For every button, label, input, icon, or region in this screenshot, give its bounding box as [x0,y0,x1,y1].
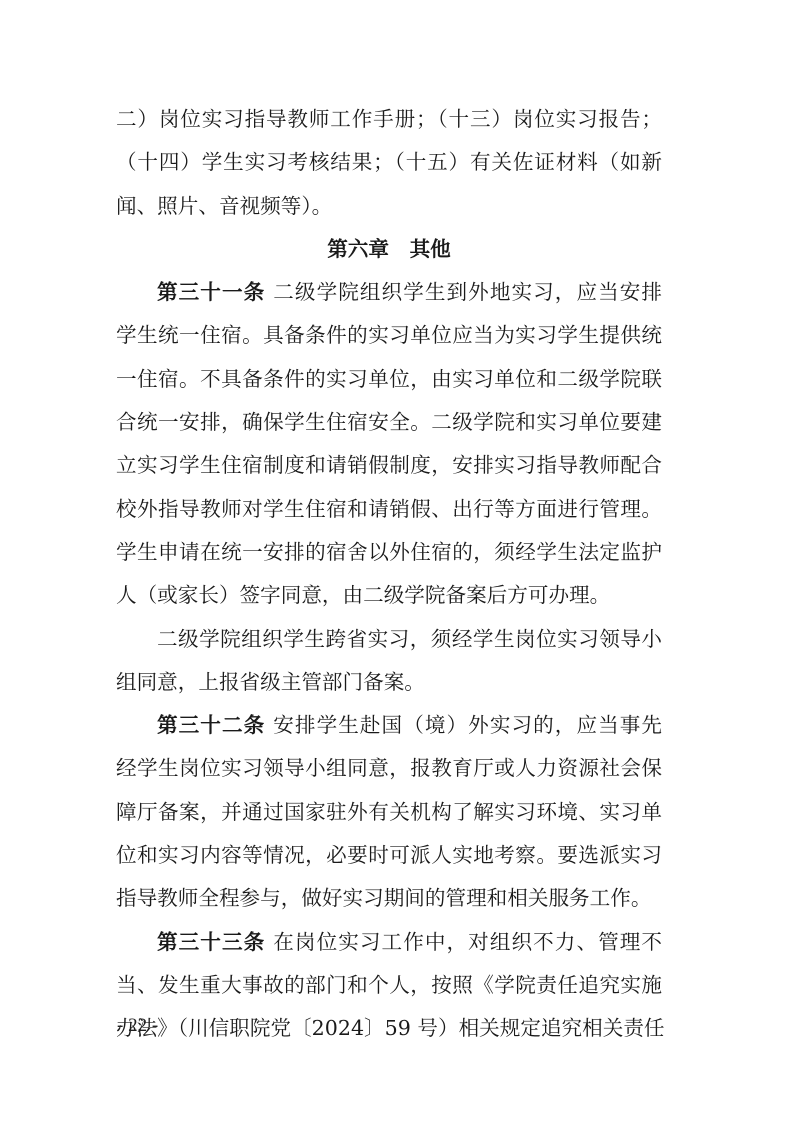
article-label: 第三十一条 [157,280,265,304]
text-line: 学生申请在统一安排的宿舍以外住宿的，须经学生法定监护 [116,531,662,574]
text-line: 组同意，上报省级主管部门备案。 [116,661,662,704]
text-line: 立实习学生住宿制度和请销假制度，安排实习指导教师配合 [116,444,662,487]
article-31-line: 第三十一条二级学院组织学生到外地实习，应当安排 [116,271,662,314]
text-line: 当、发生重大事故的部门和个人，按照《学院责任追究实施 [116,964,662,1007]
text-line: （十四）学生实习考核结果；（十五）有关佐证材料（如新 [116,141,662,184]
article-label: 第三十三条 [157,930,265,954]
article-32-line: 第三十二条安排学生赴国（境）外实习的，应当事先 [116,704,662,747]
text-line: 学生统一住宿。具备条件的实习单位应当为实习学生提供统 [116,314,662,357]
text-line: 二级学院组织学生跨省实习，须经学生岗位实习领导小 [116,618,662,661]
text-line: 一住宿。不具备条件的实习单位，由实习单位和二级学院联 [116,358,662,401]
text-line: 人（或家长）签字同意，由二级学院备案后方可办理。 [116,574,662,617]
text-line: 经学生岗位实习领导小组同意，报教育厅或人力资源社会保 [116,747,662,790]
article-33-line: 第三十三条在岗位实习工作中，对组织不力、管理不 [116,921,662,964]
text-line: 指导教师全程参与，做好实习期间的管理和相关服务工作。 [116,877,662,920]
chapter-title: 第六章 其他 [116,228,662,271]
document-page: 二）岗位实习指导教师工作手册；（十三）岗位实习报告； （十四）学生实习考核结果；… [0,0,793,1122]
page-number: - 22 - [117,1015,158,1037]
document-body: 二）岗位实习指导教师工作手册；（十三）岗位实习报告； （十四）学生实习考核结果；… [116,98,662,1051]
article-label: 第三十二条 [157,713,265,737]
text-line: 校外指导教师对学生住宿和请销假、出行等方面进行管理。 [116,488,662,531]
text-line: 闻、照片、音视频等）。 [116,185,662,228]
text-line: 位和实习内容等情况，必要时可派人实地考察。要选派实习 [116,834,662,877]
text-line: 障厅备案，并通过国家驻外有关机构了解实习环境、实习单 [116,791,662,834]
text-line: 合统一安排，确保学生住宿安全。二级学院和实习单位要建 [116,401,662,444]
text-line: 办法》（川信职院党〔2024〕59 号）相关规定追究相关责任 [116,1007,662,1050]
text-line: 二）岗位实习指导教师工作手册；（十三）岗位实习报告； [116,98,662,141]
